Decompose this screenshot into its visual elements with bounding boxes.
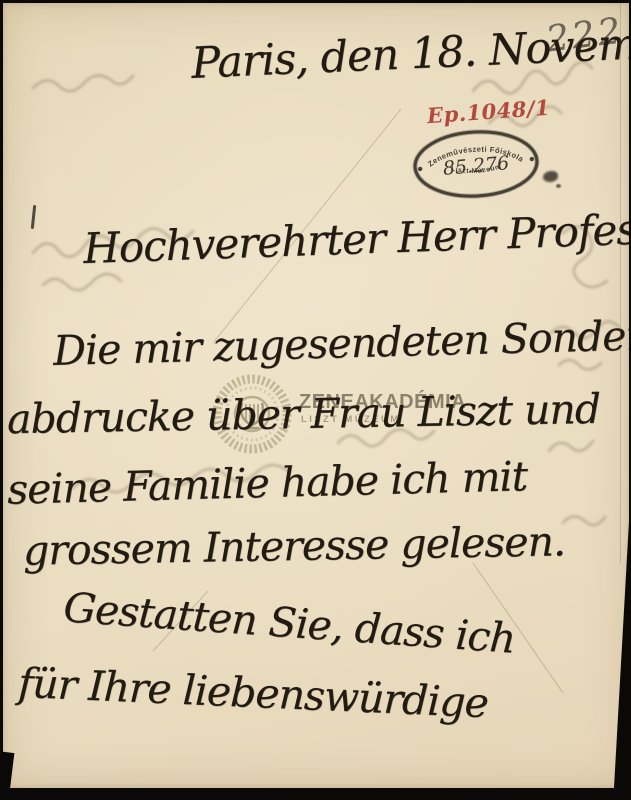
stamp-right-dot [530,157,535,162]
body-line: grossem Interesse gelesen. [23,517,566,574]
letter-paper: ZENEAKADÉMIA LISZT MÚZEUM 222 Paris, den… [3,3,629,788]
paper-edge-crease [620,3,621,563]
ink-speck [556,184,561,188]
archive-stamp: Zeneművészeti Főiskola 85.276 Liszt Múze… [407,124,545,205]
scanned-letter-page: ZENEAKADÉMIA LISZT MÚZEUM 222 Paris, den… [0,0,631,800]
stamp-left-dot [418,167,423,172]
scan-bottom-edge [0,788,631,800]
archive-stamp-oval: Zeneművészeti Főiskola 85.276 Liszt Múze… [407,124,545,205]
